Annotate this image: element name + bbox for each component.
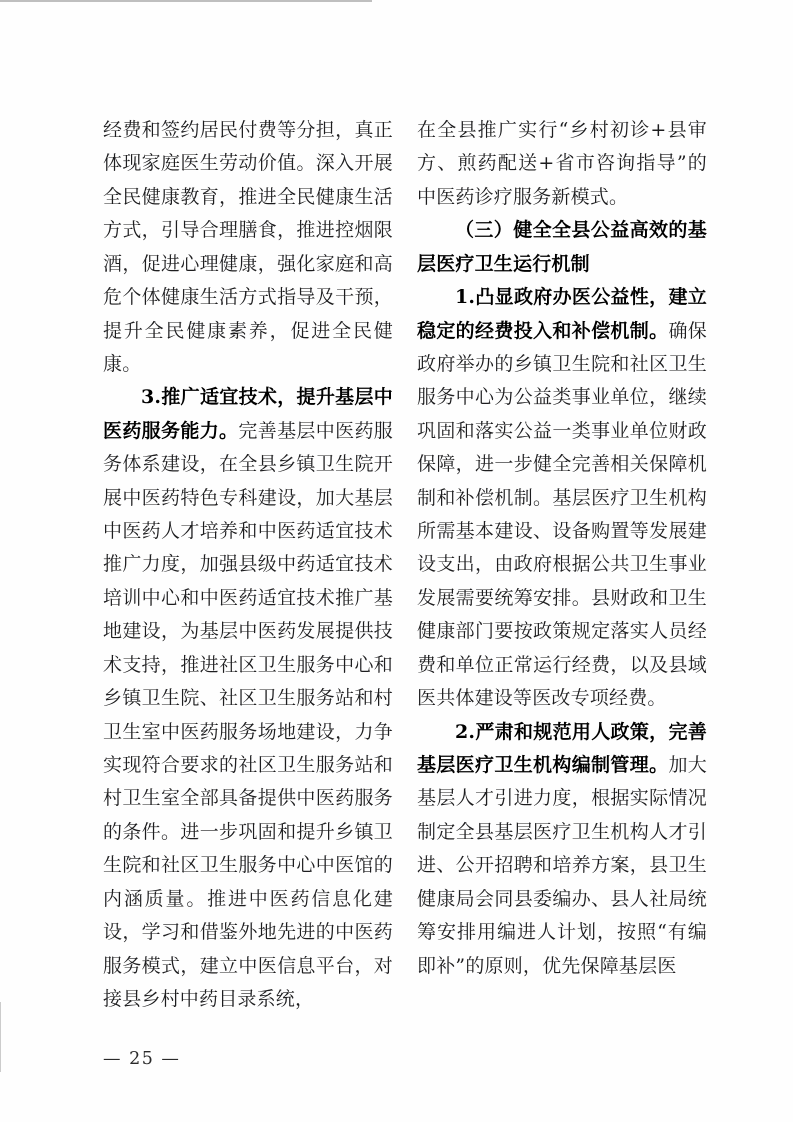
paragraph-tcm-services: 3.推广适宜技术，提升基层中医药服务能力。完善基层中医药服务体系建设，在全县乡镇… [103, 381, 393, 1016]
page-number: — 25 — [103, 1049, 180, 1069]
body-text-run: 在全县推广实行“乡村初诊+县审方、煎药配送+省市咨询指导”的中医药诊疗服务新模式… [417, 119, 707, 208]
body-text-run: 经费和签约居民付费等分担，真正体现家庭医生劳动价值。深入开展全民健康教育，推进全… [103, 119, 393, 375]
right-column: 在全县推广实行“乡村初诊+县审方、煎药配送+省市咨询指导”的中医药诊疗服务新模式… [417, 114, 707, 1020]
section-heading-run: 2.严肃和规范用人政策，完善基层医疗卫生机构编制管理。 [417, 721, 707, 776]
paragraph-staffing-policy: 2.严肃和规范用人政策，完善基层医疗卫生机构编制管理。加大基层人才引进力度，根据… [417, 716, 707, 983]
paragraph-tcm-new-model: 在全县推广实行“乡村初诊+县审方、煎药配送+省市咨询指导”的中医药诊疗服务新模式… [417, 114, 707, 214]
paragraph-family-doctor-health: 经费和签约居民付费等分担，真正体现家庭医生劳动价值。深入开展全民健康教育，推进全… [103, 114, 393, 381]
scan-artifact-left-edge [0, 1002, 1, 1072]
document-page: 经费和签约居民付费等分担，真正体现家庭医生劳动价值。深入开展全民健康教育，推进全… [0, 0, 793, 1122]
paragraph-section3-heading: （三）健全全县公益高效的基层医疗卫生运行机制 [417, 214, 707, 281]
section-heading-run: （三）健全全县公益高效的基层医疗卫生运行机制 [417, 219, 707, 274]
body-text-run: 加大基层人才引进力度，根据实际情况制定全县基层医疗卫生机构人才引进、公开招聘和培… [417, 754, 707, 977]
section-heading-run: 1.凸显政府办医公益性，建立稳定的经费投入和补偿机制。 [417, 286, 707, 341]
scan-artifact-top-edge [0, 0, 372, 2]
body-text-run: 完善基层中医药服务体系建设，在全县乡镇卫生院开展中医药特色专科建设，加大基层中医… [103, 420, 393, 1010]
body-text-run: 确保政府举办的乡镇卫生院和社区卫生服务中心为公益类事业单位，继续巩固和落实公益一… [417, 320, 707, 710]
page-body: 经费和签约居民付费等分担，真正体现家庭医生劳动价值。深入开展全民健康教育，推进全… [103, 114, 707, 1020]
page-footer: — 25 — [103, 1049, 180, 1069]
left-column: 经费和签约居民付费等分担，真正体现家庭医生劳动价值。深入开展全民健康教育，推进全… [103, 114, 393, 1020]
paragraph-funding-mechanism: 1.凸显政府办医公益性，建立稳定的经费投入和补偿机制。确保政府举办的乡镇卫生院和… [417, 281, 707, 715]
